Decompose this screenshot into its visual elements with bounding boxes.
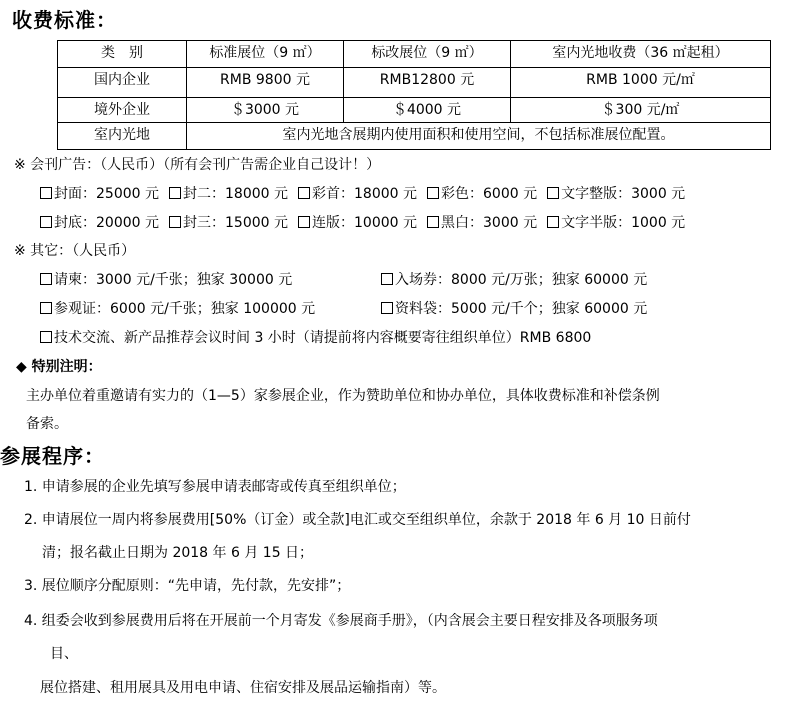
checkbox-icon[interactable] [381,302,393,314]
special-note-line-2: 备索。 [26,414,68,434]
procedure-title: 参展程序： [0,440,105,469]
special-note-heading: ◆ 特别注明： [16,357,102,377]
checkbox-icon[interactable] [427,216,439,228]
procedure-step-2-cont: 清；报名截止日期为 2018 年 6 月 15 日； [42,543,313,563]
advertising-heading: ※ 会刊广告：（人民币）（所有会刊广告需企业自己设计！） [14,155,380,175]
cell-raw-space: RMB 1000 元/㎡ [511,68,771,98]
ad-option[interactable]: 彩色：6000 元 [427,184,537,204]
fee-table-header-row: 类 别 标准展位（9 ㎡） 标改展位（9 ㎡） 室内光地收费（36 ㎡起租） [58,41,771,68]
ad-option[interactable]: 文字半版：1000 元 [547,213,685,233]
procedure-step-4-cont: 目、 [50,644,78,664]
ad-option[interactable]: 连版：10000 元 [298,213,417,233]
other-option[interactable]: 入场券：8000 元/万张；独家 60000 元 [381,270,647,290]
procedure-step-1: 1. 申请参展的企业先填写参展申请表邮寄或传真至组织单位； [24,477,406,497]
other-heading: ※ 其它：（人民币） [14,241,135,261]
ad-option[interactable]: 彩首：18000 元 [298,184,417,204]
other-option[interactable]: 资料袋：5000 元/千个；独家 60000 元 [381,299,647,319]
ad-option[interactable]: 黑白：3000 元 [427,213,537,233]
fee-table: 类 别 标准展位（9 ㎡） 标改展位（9 ㎡） 室内光地收费（36 ㎡起租） 国… [57,40,771,150]
ad-option[interactable]: 文字整版：3000 元 [547,184,685,204]
procedure-step-2: 2. 申请展位一周内将参展费用[50%（订金）或全款]电汇或交至组织单位，余款于… [24,510,691,530]
checkbox-icon[interactable] [169,187,181,199]
ad-option[interactable]: 封三：15000 元 [169,213,288,233]
procedure-step-4-cont-2: 展位搭建、租用展具及用电申请、住宿安排及展品运输指南）等。 [40,678,446,698]
checkbox-icon[interactable] [298,216,310,228]
header-modified-booth: 标改展位（9 ㎡） [344,41,511,68]
header-category: 类 别 [58,41,187,68]
checkbox-icon[interactable] [547,216,559,228]
cell-category: 国内企业 [58,68,187,98]
fee-section-title: 收费标准： [12,4,117,33]
checkbox-icon[interactable] [40,216,52,228]
cell-category: 室内光地 [58,123,187,150]
checkbox-icon[interactable] [427,187,439,199]
cell-raw-space: ＄300 元/㎡ [511,98,771,123]
checkbox-icon[interactable] [40,187,52,199]
cell-raw-space-note: 室内光地含展期内使用面积和使用空间，不包括标准展位配置。 [187,123,771,150]
cell-standard: ＄3000 元 [187,98,344,123]
other-option[interactable]: 参观证：6000 元/千张；独家 100000 元 [40,299,315,319]
header-raw-space: 室内光地收费（36 ㎡起租） [511,41,771,68]
cell-modified: ＄4000 元 [344,98,511,123]
header-standard-booth: 标准展位（9 ㎡） [187,41,344,68]
ad-option[interactable]: 封二：18000 元 [169,184,288,204]
advertising-row-1: 封面：25000 元封二：18000 元彩首：18000 元彩色：6000 元文… [40,184,695,204]
table-row: 室内光地 室内光地含展期内使用面积和使用空间，不包括标准展位配置。 [58,123,771,150]
ad-option[interactable]: 封面：25000 元 [40,184,159,204]
checkbox-icon[interactable] [298,187,310,199]
procedure-step-4: 4. 组委会收到参展费用后将在开展前一个月寄发《参展商手册》，（内含展会主要日程… [24,611,658,631]
table-row: 境外企业 ＄3000 元 ＄4000 元 ＄300 元/㎡ [58,98,771,123]
cell-standard: RMB 9800 元 [187,68,344,98]
ad-option[interactable]: 封底：20000 元 [40,213,159,233]
checkbox-icon[interactable] [547,187,559,199]
table-row: 国内企业 RMB 9800 元 RMB12800 元 RMB 1000 元/㎡ [58,68,771,98]
cell-modified: RMB12800 元 [344,68,511,98]
other-option[interactable]: 技术交流、新产品推荐会议时间 3 小时（请提前将内容概要寄往组织单位）RMB 6… [40,328,591,348]
advertising-row-2: 封底：20000 元封三：15000 元连版：10000 元黑白：3000 元文… [40,213,695,233]
checkbox-icon[interactable] [40,331,52,343]
diamond-bullet-icon: ◆ [16,359,27,375]
procedure-step-3: 3. 展位顺序分配原则：“先申请，先付款，先安排”； [24,576,350,596]
checkbox-icon[interactable] [381,273,393,285]
cell-category: 境外企业 [58,98,187,123]
special-note-line-1: 主办单位着重邀请有实力的（1—5）家参展企业，作为赞助单位和协办单位，具体收费标… [26,386,660,406]
other-option[interactable]: 请柬：3000 元/千张；独家 30000 元 [40,270,292,290]
checkbox-icon[interactable] [40,302,52,314]
checkbox-icon[interactable] [40,273,52,285]
checkbox-icon[interactable] [169,216,181,228]
